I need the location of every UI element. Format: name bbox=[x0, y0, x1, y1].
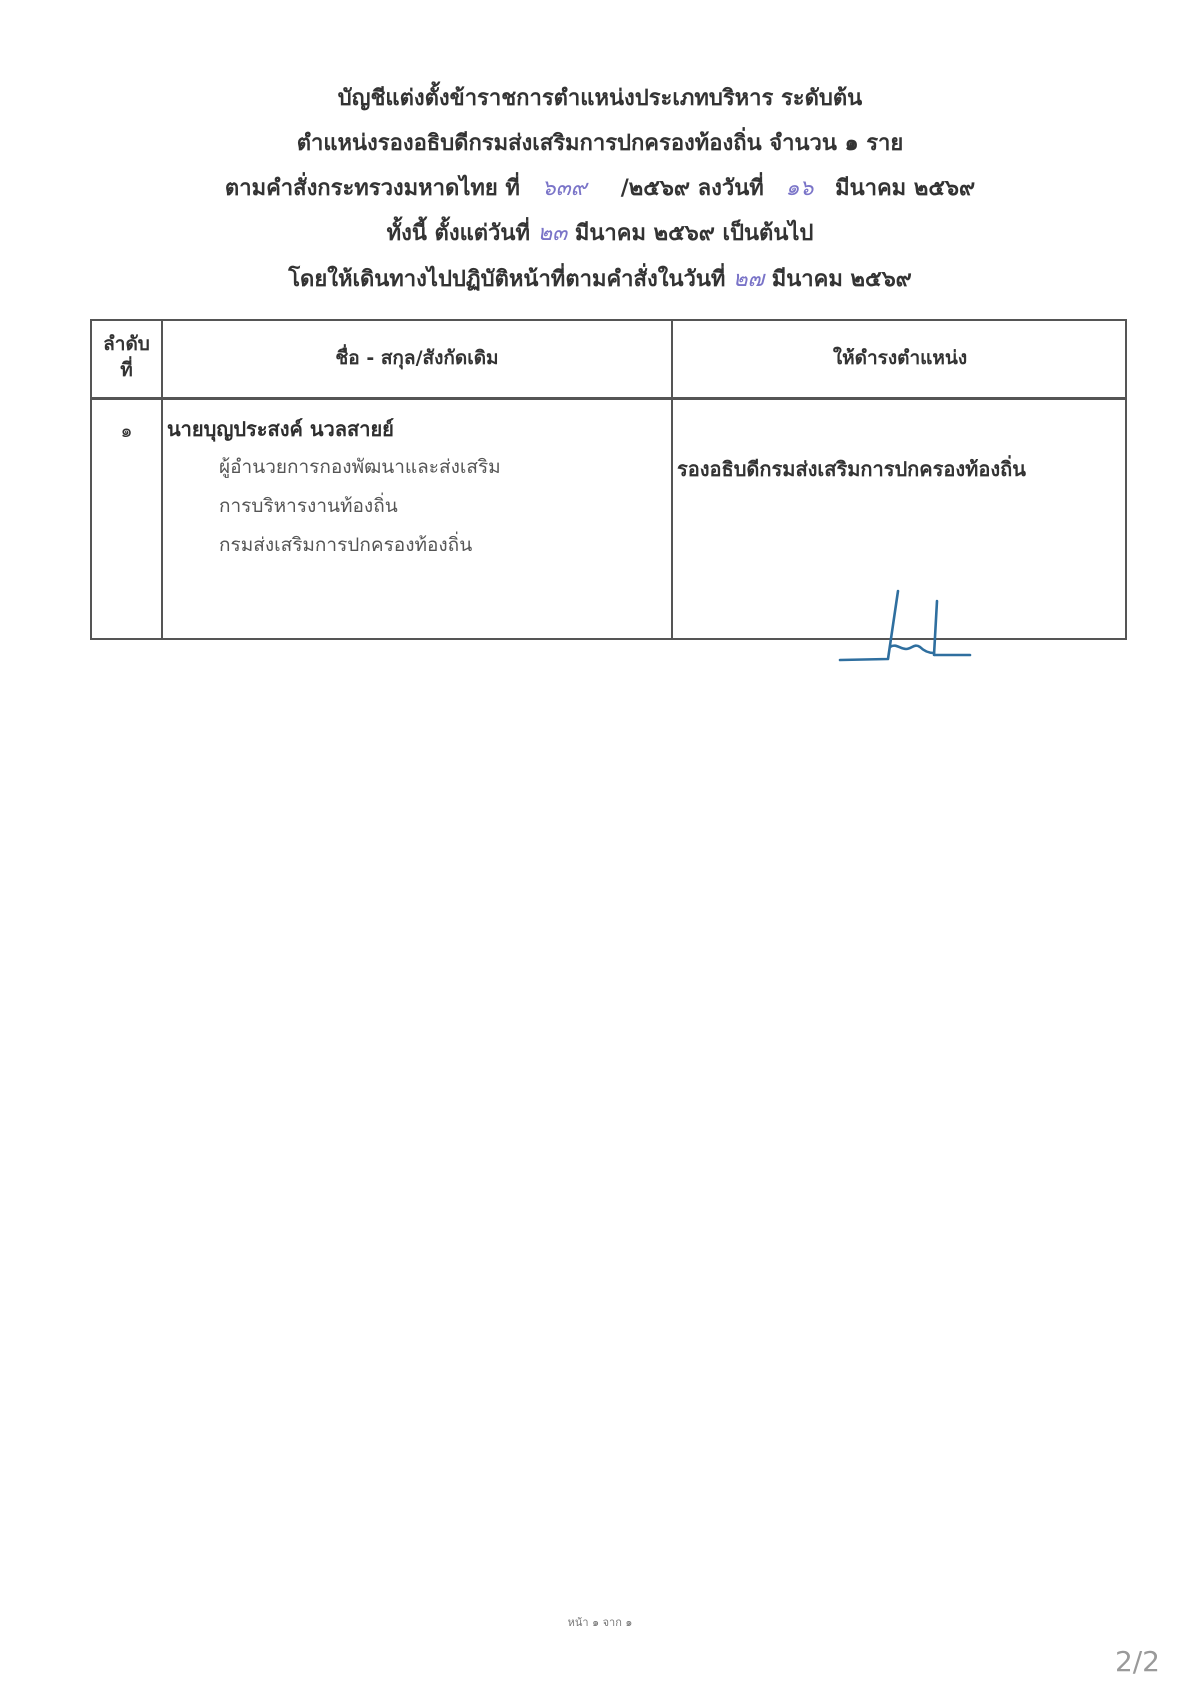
effective-date-line: ทั้งนี้ ตั้งแต่วันที่ ๒๓ มีนาคม ๒๕๖๙ เป็… bbox=[0, 215, 1200, 250]
column-header-position: ให้ดำรงตำแหน่ง bbox=[673, 341, 1127, 375]
header-divider bbox=[92, 397, 1125, 400]
document-title: บัญชีแต่งตั้งข้าราชการตำแหน่งประเภทบริหา… bbox=[0, 80, 1200, 115]
order-number-handwritten: ๖๓๙ bbox=[542, 176, 587, 201]
effective-day-handwritten: ๒๓ bbox=[538, 221, 568, 246]
report-date-line: โดยให้เดินทางไปปฏิบัติหน้าที่ตามคำสั่งใน… bbox=[0, 261, 1200, 296]
former-position-line: การบริหารงานท้องถิ่น bbox=[219, 491, 398, 521]
former-position-line: กรมส่งเสริมการปกครองท้องถิ่น bbox=[219, 530, 472, 560]
signature-icon bbox=[830, 585, 990, 675]
report-prefix: โดยให้เดินทางไปปฏิบัติหน้าที่ตามคำสั่งใน… bbox=[288, 267, 725, 292]
order-day-handwritten: ๑๖ bbox=[785, 176, 813, 201]
effective-suffix: มีนาคม ๒๕๖๙ เป็นต้นไป bbox=[575, 221, 814, 246]
former-position-line: ผู้อำนวยการกองพัฒนาและส่งเสริม bbox=[219, 452, 501, 482]
order-prefix: ตามคำสั่งกระทรวงมหาดไทย ที่ bbox=[225, 176, 520, 201]
new-position: รองอธิบดีกรมส่งเสริมการปกครองท้องถิ่น bbox=[677, 453, 1026, 485]
column-header-no: ลำดับ ที่ bbox=[92, 327, 161, 387]
page-indicator: 2/2 bbox=[1115, 1645, 1160, 1678]
row-number: ๑ bbox=[92, 416, 161, 446]
report-suffix: มีนาคม ๒๕๖๙ bbox=[772, 267, 912, 292]
page-number-label: หน้า ๑ จาก ๑ bbox=[0, 1613, 1200, 1631]
order-reference-line: ตามคำสั่งกระทรวงมหาดไทย ที่ ๖๓๙/๒๕๖๙ ลงว… bbox=[0, 170, 1200, 205]
appointee-name: นายบุญประสงค์ นวลสายย์ bbox=[167, 413, 394, 445]
order-month-year: มีนาคม ๒๕๖๙ bbox=[835, 176, 975, 201]
effective-prefix: ทั้งนี้ ตั้งแต่วันที่ bbox=[387, 221, 530, 246]
order-year: /๒๕๖๙ ลงวันที่ bbox=[621, 176, 764, 201]
document-subtitle: ตำแหน่งรองอธิบดีกรมส่งเสริมการปกครองท้อง… bbox=[0, 125, 1200, 160]
report-day-handwritten: ๒๗ bbox=[733, 267, 764, 292]
column-header-name: ชื่อ - สกุล/สังกัดเดิม bbox=[163, 341, 671, 375]
